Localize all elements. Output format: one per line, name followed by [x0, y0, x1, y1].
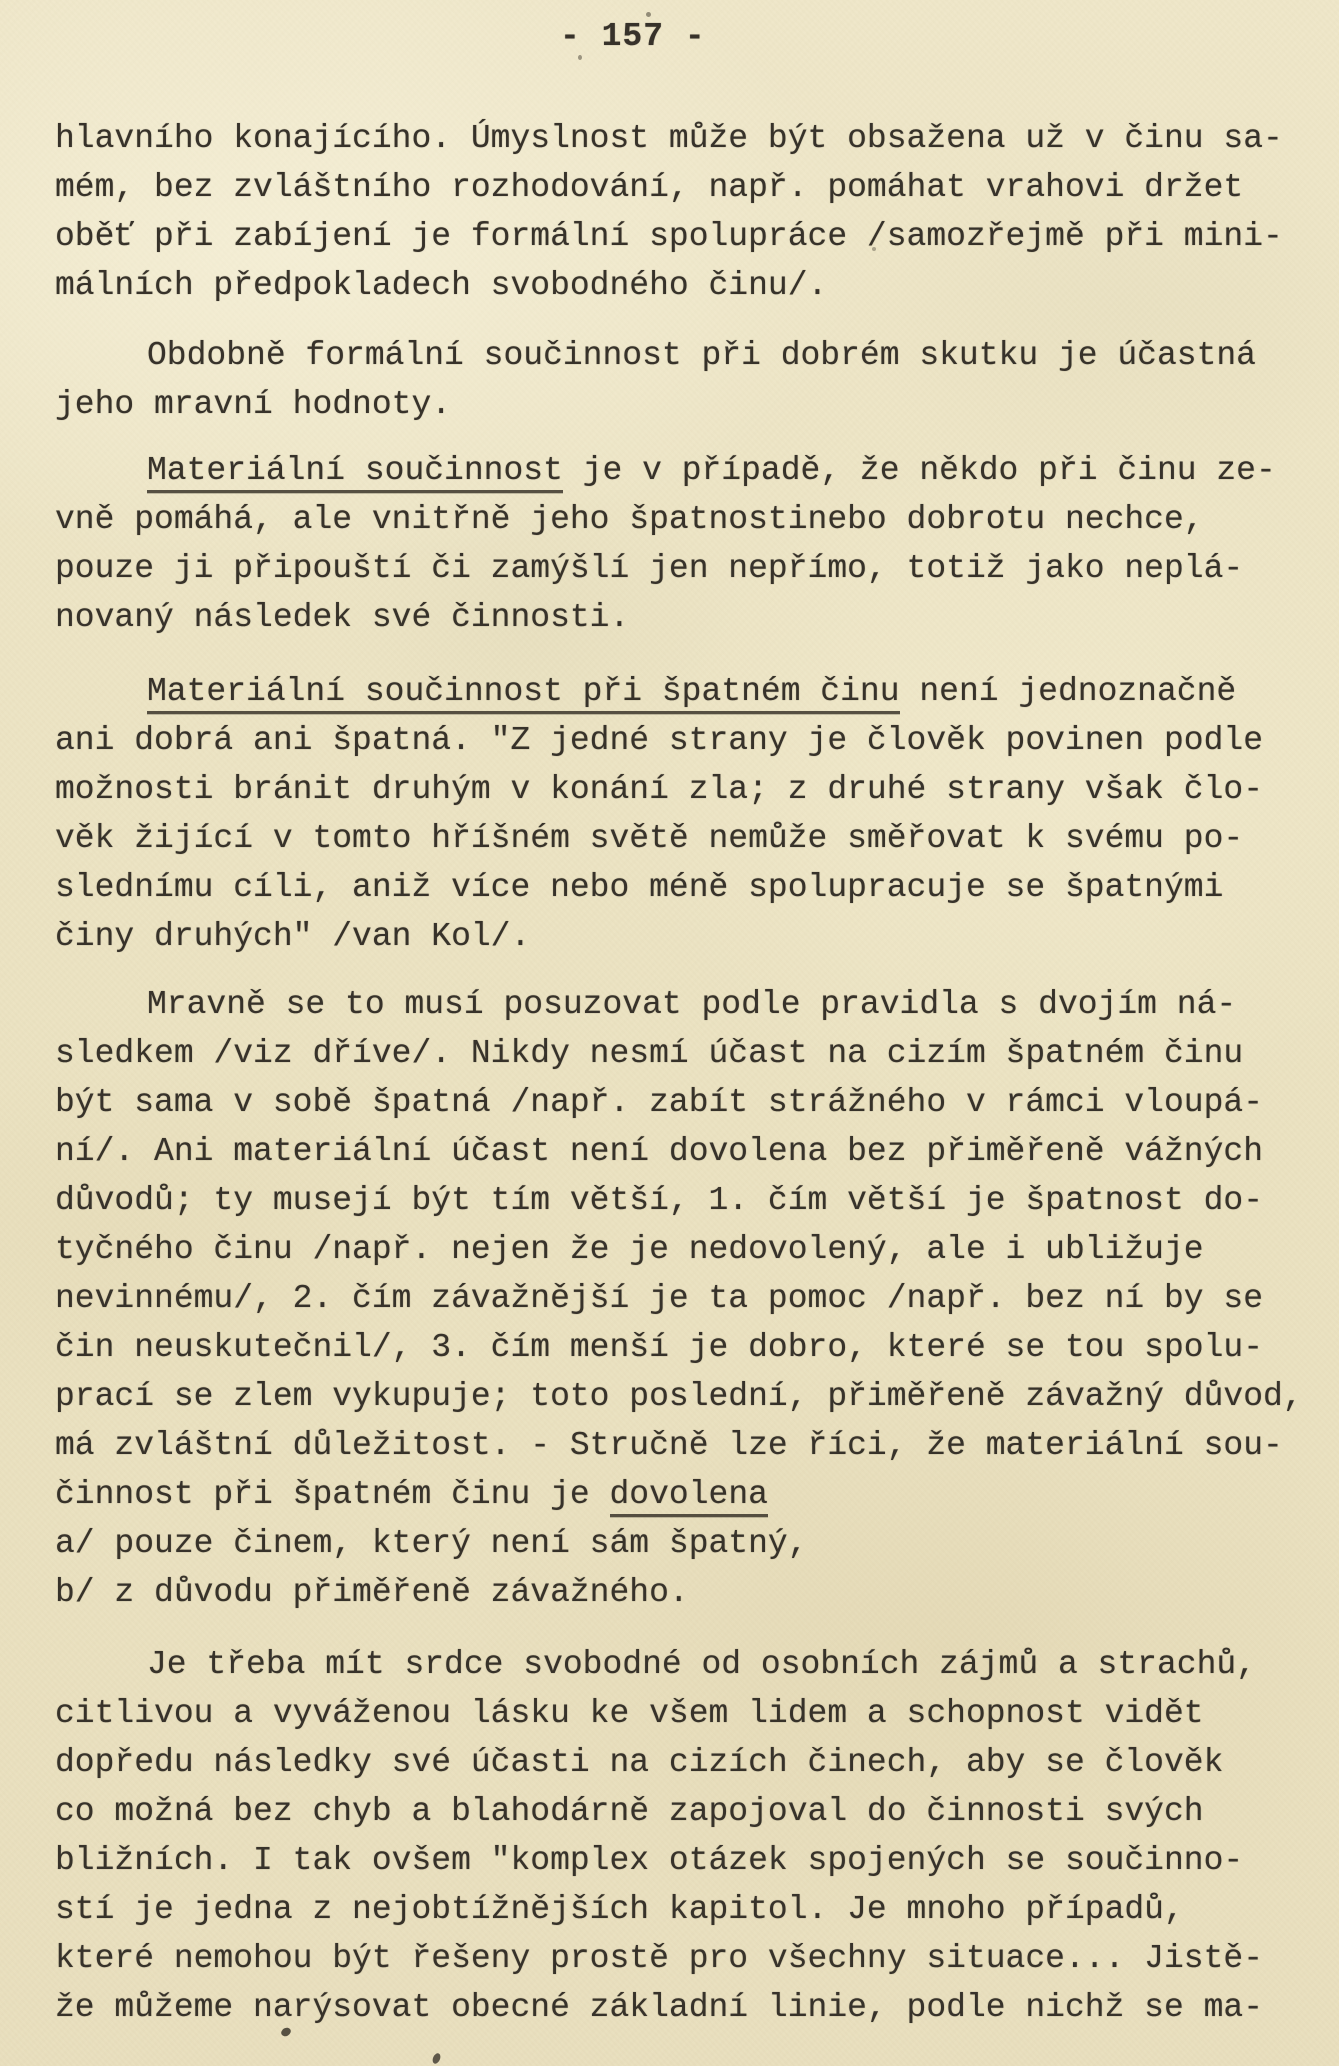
underlined-phrase: Materiální součinnost při špatném činu: [147, 673, 900, 714]
paragraph: Mravně se to musí posuzovat podle pravid…: [55, 980, 1303, 1617]
text-segment: co možná bez chyb a blahodárně zapojoval…: [55, 1793, 1204, 1830]
text-line: možnosti bránit druhým v konání zla; z d…: [55, 765, 1303, 814]
text-line: málních předpokladech svobodného činu/.: [55, 261, 1303, 310]
text-segment: mém, bez zvláštního rozhodování, např. p…: [55, 169, 1243, 206]
text-line: novaný následek své činnosti.: [55, 593, 1303, 642]
text-line: důvodů; ty musejí být tím větší, 1. čím …: [55, 1176, 1303, 1225]
text-segment: dopředu následky své účasti na cizích či…: [55, 1744, 1223, 1781]
text-line: mém, bez zvláštního rozhodování, např. p…: [55, 163, 1303, 212]
text-line: oběť při zabíjení je formální spolupráce…: [55, 212, 1303, 261]
text-segment: Je třeba mít srdce svobodné od osobních …: [147, 1646, 1256, 1683]
text-segment: vně pomáhá, ale vnitřně jeho špatnostine…: [55, 501, 1204, 538]
text-segment: bližních. I tak ovšem "komplex otázek sp…: [55, 1842, 1243, 1879]
text-line: věk žijící v tomto hříšném světě nemůže …: [55, 814, 1303, 863]
text-segment: ani dobrá ani špatná. "Z jedné strany je…: [55, 722, 1263, 759]
text-line: které nemohou být řešeny prostě pro všec…: [55, 1934, 1303, 1983]
paragraph: hlavního konajícího. Úmyslnost může být …: [55, 114, 1303, 310]
text-line: Mravně se to musí posuzovat podle pravid…: [55, 980, 1303, 1029]
paragraph: Materiální součinnost při špatném činu n…: [55, 667, 1303, 961]
text-segment: sledkem /viz dříve/. Nikdy nesmí účast n…: [55, 1035, 1243, 1072]
text-segment: Mravně se to musí posuzovat podle pravid…: [147, 986, 1236, 1023]
text-segment: citlivou a vyváženou lásku ke všem lidem…: [55, 1695, 1204, 1732]
text-segment: které nemohou být řešeny prostě pro všec…: [55, 1940, 1263, 1977]
text-line: má zvláštní důležitost. - Stručně lze ří…: [55, 1421, 1303, 1470]
text-segment: prací se zlem vykupuje; toto poslední, p…: [55, 1378, 1303, 1415]
underlined-phrase: Materiální součinnost: [147, 452, 563, 493]
page-content: hlavního konajícího. Úmyslnost může být …: [55, 0, 1303, 2032]
paragraph: Materiální součinnost je v případě, že n…: [55, 446, 1303, 642]
text-line: sledkem /viz dříve/. Nikdy nesmí účast n…: [55, 1029, 1303, 1078]
text-line: čin neuskutečnil/, 3. čím menší je dobro…: [55, 1323, 1303, 1372]
underlined-phrase: dovolena: [610, 1476, 768, 1517]
text-segment: tyčného činu /např. nejen že je nedovole…: [55, 1231, 1204, 1268]
text-segment: činy druhých" /van Kol/.: [55, 918, 530, 955]
paragraph: Obdobně formální součinnost při dobrém s…: [55, 331, 1303, 429]
text-segment: stí je jedna z nejobtížnějších kapitol. …: [55, 1891, 1184, 1928]
text-segment: a/ pouze činem, který není sám špatný,: [55, 1525, 808, 1562]
text-segment: činnost při špatném činu je: [55, 1476, 610, 1513]
text-segment: slednímu cíli, aniž více nebo méně spolu…: [55, 869, 1223, 906]
text-segment: že můžeme narýsovat obecné základní lini…: [55, 1989, 1263, 2026]
text-segment: Obdobně formální součinnost při dobrém s…: [147, 337, 1256, 374]
text-segment: b/ z důvodu přiměřeně závažného.: [55, 1574, 689, 1611]
text-line: co možná bez chyb a blahodárně zapojoval…: [55, 1787, 1303, 1836]
text-line: stí je jedna z nejobtížnějších kapitol. …: [55, 1885, 1303, 1934]
ink-speck: [646, 12, 651, 17]
text-segment: možnosti bránit druhým v konání zla; z d…: [55, 771, 1263, 808]
text-line: Materiální součinnost je v případě, že n…: [55, 446, 1303, 495]
ink-speck: [578, 55, 582, 60]
text-segment: je v případě, že někdo při činu ze-: [563, 452, 1276, 489]
ink-speck: [872, 247, 876, 251]
text-line: slednímu cíli, aniž více nebo méně spolu…: [55, 863, 1303, 912]
text-line: pouze ji připouští či zamýšlí jen nepřím…: [55, 544, 1303, 593]
text-line: tyčného činu /např. nejen že je nedovole…: [55, 1225, 1303, 1274]
text-segment: pouze ji připouští či zamýšlí jen nepřím…: [55, 550, 1243, 587]
scanned-document-page: - 157 - hlavního konajícího. Úmyslnost m…: [0, 0, 1339, 2066]
text-segment: novaný následek své činnosti.: [55, 599, 629, 636]
text-line: bližních. I tak ovšem "komplex otázek sp…: [55, 1836, 1303, 1885]
text-segment: ní/. Ani materiální účast není dovolena …: [55, 1133, 1263, 1170]
text-line: že můžeme narýsovat obecné základní lini…: [55, 1983, 1303, 2032]
ink-speck: [431, 2052, 442, 2065]
text-line: a/ pouze činem, který není sám špatný,: [55, 1519, 1303, 1568]
text-segment: jeho mravní hodnoty.: [55, 386, 451, 423]
text-line: Obdobně formální součinnost při dobrém s…: [55, 331, 1303, 380]
text-line: ní/. Ani materiální účast není dovolena …: [55, 1127, 1303, 1176]
text-segment: není jednoznačně: [900, 673, 1237, 710]
text-line: b/ z důvodu přiměřeně závažného.: [55, 1568, 1303, 1617]
text-line: dopředu následky své účasti na cizích či…: [55, 1738, 1303, 1787]
text-line: prací se zlem vykupuje; toto poslední, p…: [55, 1372, 1303, 1421]
text-segment: věk žijící v tomto hříšném světě nemůže …: [55, 820, 1243, 857]
text-segment: hlavního konajícího. Úmyslnost může být …: [55, 120, 1283, 157]
text-line: jeho mravní hodnoty.: [55, 380, 1303, 429]
text-line: citlivou a vyváženou lásku ke všem lidem…: [55, 1689, 1303, 1738]
paragraph: Je třeba mít srdce svobodné od osobních …: [55, 1640, 1303, 2032]
text-line: být sama v sobě špatná /např. zabít strá…: [55, 1078, 1303, 1127]
text-line: Materiální součinnost při špatném činu n…: [55, 667, 1303, 716]
text-line: činnost při špatném činu je dovolena: [55, 1470, 1303, 1519]
text-segment: málních předpokladech svobodného činu/.: [55, 267, 827, 304]
text-segment: oběť při zabíjení je formální spolupráce…: [55, 218, 1283, 255]
text-line: Je třeba mít srdce svobodné od osobních …: [55, 1640, 1303, 1689]
text-segment: důvodů; ty musejí být tím větší, 1. čím …: [55, 1182, 1263, 1219]
text-segment: má zvláštní důležitost. - Stručně lze ří…: [55, 1427, 1283, 1464]
text-segment: být sama v sobě špatná /např. zabít strá…: [55, 1084, 1263, 1121]
text-segment: nevinnému/, 2. čím závažnější je ta pomo…: [55, 1280, 1263, 1317]
text-line: činy druhých" /van Kol/.: [55, 912, 1303, 961]
text-line: hlavního konajícího. Úmyslnost může být …: [55, 114, 1303, 163]
text-segment: čin neuskutečnil/, 3. čím menší je dobro…: [55, 1329, 1263, 1366]
text-line: vně pomáhá, ale vnitřně jeho špatnostine…: [55, 495, 1303, 544]
text-line: nevinnému/, 2. čím závažnější je ta pomo…: [55, 1274, 1303, 1323]
text-line: ani dobrá ani špatná. "Z jedné strany je…: [55, 716, 1303, 765]
